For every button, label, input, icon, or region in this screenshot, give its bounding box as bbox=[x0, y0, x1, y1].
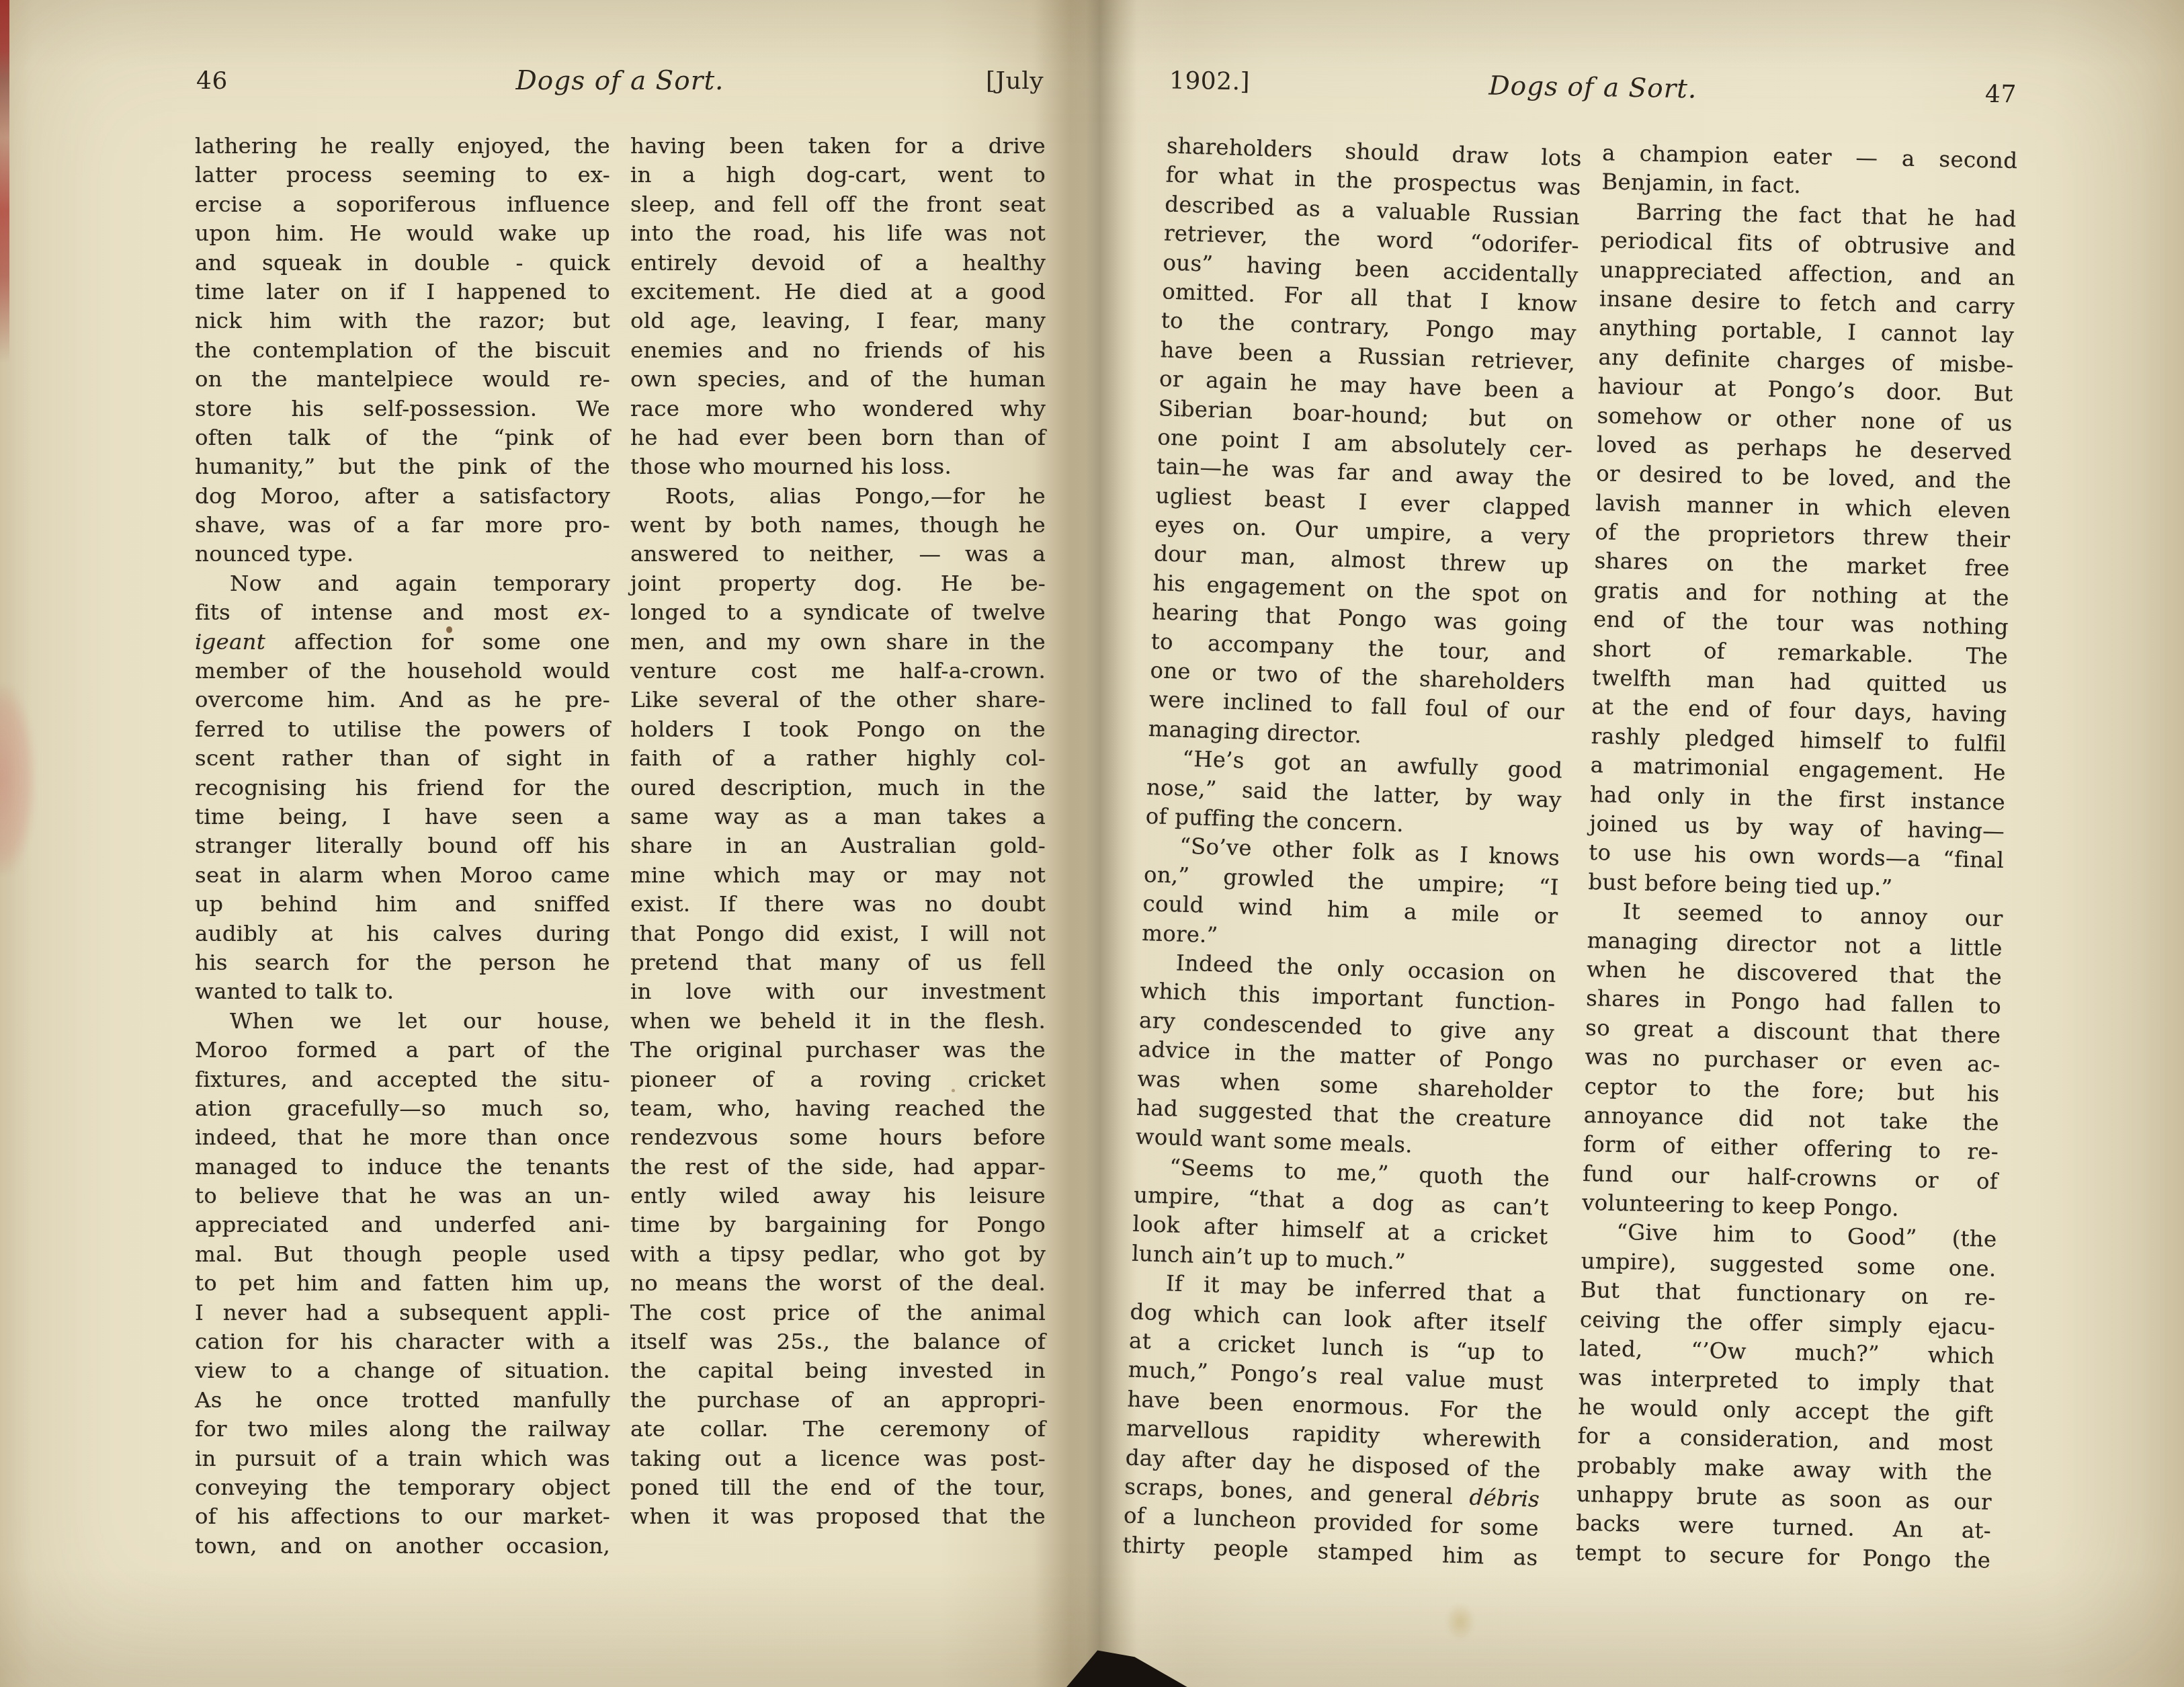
text-line: in a high dog-cart, went to bbox=[630, 161, 1046, 190]
text-line: on the mantelpiece would re- bbox=[195, 365, 610, 394]
text-line: race more who wondered why bbox=[630, 395, 1046, 423]
text-line: holders I took Pongo on the bbox=[630, 715, 1046, 744]
text-line: latter process seeming to ex- bbox=[195, 161, 610, 190]
text-line: share in an Australian gold- bbox=[630, 831, 1046, 860]
text-line: seat in alarm when Moroo came bbox=[195, 861, 610, 890]
text-line: view to a change of situation. bbox=[195, 1356, 610, 1385]
text-line: in love with our investment bbox=[630, 977, 1046, 1006]
text-line: ation gracefully—so much so, bbox=[195, 1094, 610, 1123]
text-line: to pet him and fatten him up, bbox=[195, 1269, 610, 1298]
text-line: cation for his character with a bbox=[195, 1327, 610, 1356]
text-column: having been taken for a drivein a high d… bbox=[630, 132, 1046, 1532]
text-line: the capital being invested in bbox=[630, 1356, 1046, 1385]
text-line: time being, I have seen a bbox=[195, 803, 610, 831]
text-line: exist. If there was no doubt bbox=[630, 890, 1046, 919]
text-line: mine which may or may not bbox=[630, 861, 1046, 890]
text-line: nick him with the razor; but bbox=[195, 306, 610, 335]
text-line: store his self-possession. We bbox=[195, 395, 610, 423]
text-line: indeed, that he more than once bbox=[195, 1123, 610, 1152]
text-line: audibly at his calves during bbox=[195, 919, 610, 948]
text-line: for two miles along the railway bbox=[195, 1415, 610, 1444]
text-line: he had ever been born than of bbox=[630, 423, 1046, 452]
text-line: same way as a man takes a bbox=[630, 803, 1046, 831]
text-line: managed to induce the tenants bbox=[195, 1153, 610, 1182]
text-line: humanity,” but the pink of the bbox=[195, 452, 610, 481]
text-column: lathering he really enjoyed, thelatter p… bbox=[195, 132, 610, 1561]
running-title-left: Dogs of a Sort. bbox=[195, 66, 1045, 96]
fore-edge-red-mark bbox=[0, 0, 9, 363]
text-line: having been taken for a drive bbox=[630, 132, 1046, 161]
text-line: lathering he really enjoyed, the bbox=[195, 132, 610, 161]
text-line: his search for the person he bbox=[195, 948, 610, 977]
text-line: into the road, his life was not bbox=[630, 219, 1046, 248]
text-line: faith of a rather highly col- bbox=[630, 744, 1046, 773]
text-line: dog Moroo, after a satisfactory bbox=[195, 482, 610, 511]
text-line: pioneer of a roving cricket bbox=[630, 1065, 1046, 1094]
text-line: oured description, much in the bbox=[630, 774, 1046, 803]
text-line: The cost price of the animal bbox=[630, 1299, 1046, 1327]
text-line: the rest of the side, had appar- bbox=[630, 1153, 1046, 1182]
text-line: The original purchaser was the bbox=[630, 1036, 1046, 1065]
text-line: itself was 25s., the balance of bbox=[630, 1327, 1046, 1356]
text-line: pretend that many of us fell bbox=[630, 948, 1046, 977]
text-line: ate collar. The ceremony of bbox=[630, 1415, 1046, 1444]
left-page: 46 Dogs of a Sort. [July lathering he re… bbox=[195, 67, 1045, 1667]
fore-edge-red-smudge bbox=[0, 686, 35, 874]
text-column: shareholders should draw lotsfor what in… bbox=[1122, 131, 1582, 1573]
text-line: that Pongo did exist, I will not bbox=[630, 919, 1046, 948]
text-line: Like several of the other share- bbox=[630, 686, 1046, 714]
text-line: answered to neither, — was a bbox=[630, 540, 1046, 569]
text-line: scent rather than of sight in bbox=[195, 744, 610, 773]
running-title-right: Dogs of a Sort. bbox=[1168, 66, 2019, 110]
text-line: As he once trotted manfully bbox=[195, 1386, 610, 1415]
text-line: venture cost me half-a-crown. bbox=[630, 657, 1046, 686]
text-line: sleep, and fell off the front seat bbox=[630, 190, 1046, 219]
text-line: old age, leaving, I fear, many bbox=[630, 306, 1046, 335]
text-line: excitement. He died at a good bbox=[630, 278, 1046, 306]
text-line: with a tipsy pedlar, who got by bbox=[630, 1240, 1046, 1269]
left-page-header: 46 Dogs of a Sort. [July bbox=[195, 67, 1045, 109]
text-line: recognising his friend for the bbox=[195, 774, 610, 803]
book-scan: { "colors": { "paper": "#ebe3c8", "ink":… bbox=[0, 0, 2184, 1687]
text-line: entirely devoid of a healthy bbox=[630, 249, 1046, 278]
text-line: no means the worst of the deal. bbox=[630, 1269, 1046, 1298]
text-line: ferred to utilise the powers of bbox=[195, 715, 610, 744]
text-line: went by both names, though he bbox=[630, 511, 1046, 540]
text-line: those who mourned his loss. bbox=[630, 452, 1046, 481]
text-line: stranger literally bound off his bbox=[195, 831, 610, 860]
text-line: enemies and no friends of his bbox=[630, 336, 1046, 365]
text-line: conveying the temporary object bbox=[195, 1473, 610, 1502]
text-column: a champion eater — a secondBenjamin, in … bbox=[1575, 138, 2018, 1575]
text-line: the purchase of an appropri- bbox=[630, 1386, 1046, 1415]
text-line: to believe that he was an un- bbox=[195, 1182, 610, 1210]
text-line: shave, was of a far more pro- bbox=[195, 511, 610, 540]
text-line: ently wiled away his leisure bbox=[630, 1182, 1046, 1210]
right-page: 1902.] Dogs of a Sort. 47 shareholders s… bbox=[1168, 67, 2018, 1667]
text-line: overcome him. And as he pre- bbox=[195, 686, 610, 714]
right-page-header: 1902.] Dogs of a Sort. 47 bbox=[1167, 67, 2018, 123]
text-line: and squeak in double - quick bbox=[195, 249, 610, 278]
text-line: longed to a syndicate of twelve bbox=[630, 598, 1046, 627]
text-line: appreciated and underfed ani- bbox=[195, 1210, 610, 1239]
text-line: igeant affection for some one bbox=[195, 628, 610, 657]
text-line: joint property dog. He be- bbox=[630, 569, 1046, 598]
text-line: up behind him and sniffed bbox=[195, 890, 610, 919]
text-line: Roots, alias Pongo,—for he bbox=[630, 482, 1046, 511]
page-number-right: 47 bbox=[1985, 81, 2017, 109]
text-line: Now and again temporary bbox=[195, 569, 610, 598]
text-line: rendezvous some hours before bbox=[630, 1123, 1046, 1152]
text-line: fits of intense and most ex- bbox=[195, 598, 610, 627]
text-line: mal. But though people used bbox=[195, 1240, 610, 1269]
text-line: ercise a soporiferous influence bbox=[195, 190, 610, 219]
text-line: own species, and of the human bbox=[630, 365, 1046, 394]
text-line: of his affections to our market- bbox=[195, 1502, 610, 1531]
text-line: time by bargaining for Pongo bbox=[630, 1210, 1046, 1239]
text-line: nounced type. bbox=[195, 540, 610, 569]
text-line: member of the household would bbox=[195, 657, 610, 686]
month-label: [July bbox=[986, 67, 1044, 95]
text-line: fixtures, and accepted the situ- bbox=[195, 1065, 610, 1094]
text-line: poned till the end of the tour, bbox=[630, 1473, 1046, 1502]
text-line: I never had a subsequent appli- bbox=[195, 1299, 610, 1327]
text-line: time later on if I happened to bbox=[195, 278, 610, 306]
text-line: when we beheld it in the flesh. bbox=[630, 1007, 1046, 1036]
text-line: Moroo formed a part of the bbox=[195, 1036, 610, 1065]
text-line: upon him. He would wake up bbox=[195, 219, 610, 248]
text-line: When we let our house, bbox=[195, 1007, 610, 1036]
text-line: men, and my own share in the bbox=[630, 628, 1046, 657]
text-line: team, who, having reached the bbox=[630, 1094, 1046, 1123]
text-line: when it was proposed that the bbox=[630, 1502, 1046, 1531]
text-line: wanted to talk to. bbox=[195, 977, 610, 1006]
text-line: often talk of the “pink of bbox=[195, 423, 610, 452]
text-line: in pursuit of a train which was bbox=[195, 1444, 610, 1473]
text-line: town, and on another occasion, bbox=[195, 1532, 610, 1561]
text-line: the contemplation of the biscuit bbox=[195, 336, 610, 365]
text-line: taking out a licence was post- bbox=[630, 1444, 1046, 1473]
